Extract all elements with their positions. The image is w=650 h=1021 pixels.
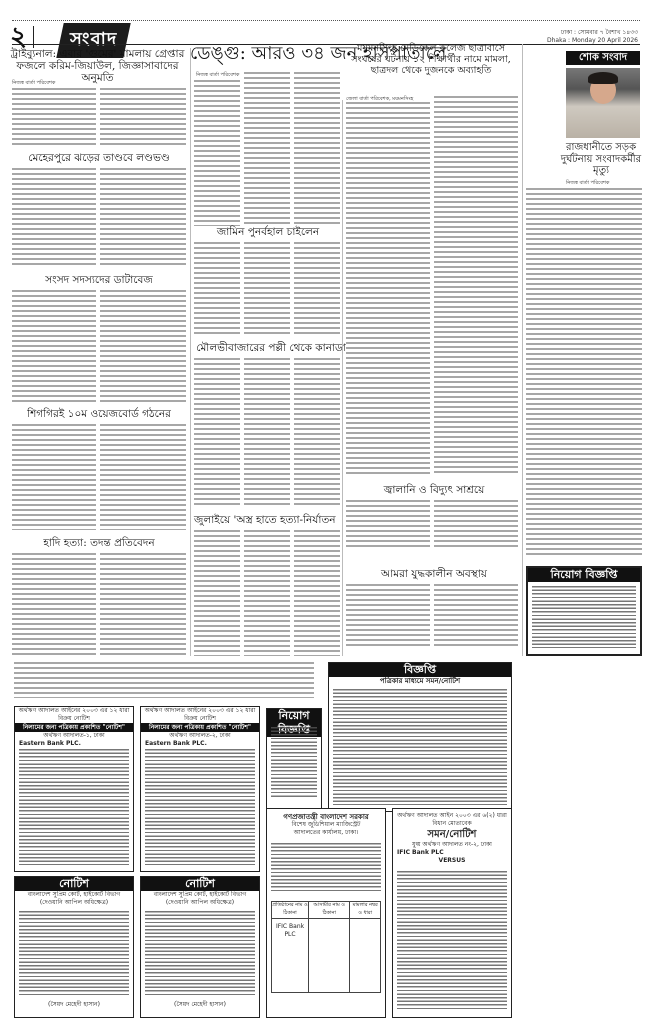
headline-shibganj: শিগগিরই ১০ম ওয়েজবোর্ড গঠনের xyxy=(10,408,188,420)
article-text xyxy=(244,242,290,334)
article-text xyxy=(294,242,340,334)
article-text xyxy=(244,530,290,656)
ad-bank: Eastern Bank PLC. xyxy=(15,740,133,748)
article-text xyxy=(526,188,642,558)
ad-line: (দেওয়ানি আপিল অধিক্ষেত্র) xyxy=(15,899,133,907)
headline-hadi: হাদি হত্যা: তদন্ত প্রতিবেদন xyxy=(10,537,188,549)
portrait-hair xyxy=(588,72,618,84)
article-text xyxy=(12,88,96,146)
byline-obituary: নিজস্ব বার্তা পরিবেশক xyxy=(566,180,609,188)
ad-title: নোটিশ xyxy=(15,877,133,891)
accused-table: প্রতিষ্ঠানের নাম ও ঠিকানা IFIC Bank PLC … xyxy=(271,901,381,993)
article-text xyxy=(100,168,186,268)
ad-section: VERSUS xyxy=(393,857,511,865)
headline-bail: জামিন পুনর্বহাল চাইলেন xyxy=(196,226,340,238)
article-text xyxy=(294,358,340,508)
obituary-photo xyxy=(566,68,640,138)
article-text xyxy=(12,424,96,530)
article-text xyxy=(12,553,96,655)
ad-bank: Eastern Bank PLC. xyxy=(141,740,259,748)
article-text xyxy=(434,584,518,646)
article-text xyxy=(194,242,240,334)
article-text xyxy=(294,530,340,656)
headline-sangsad: সংসদ সদস্যদের ডাটাবেজ xyxy=(10,274,188,286)
article-text xyxy=(244,358,290,508)
article-text xyxy=(100,553,186,655)
ad-text xyxy=(145,911,255,995)
ad-text xyxy=(271,843,381,893)
headline-obituary: রাজধানীতে সড়ক দুর্ঘটনায় সংবাদকর্মীর মৃ… xyxy=(560,142,642,177)
column-divider xyxy=(522,44,523,656)
ad-recruitment-side: নিয়োগ বিজ্ঞপ্তি xyxy=(526,566,642,656)
ad-text xyxy=(333,689,507,805)
page-number: ২ xyxy=(10,24,27,50)
ad-court-notice-1: নোটিশ বাংলাদেশ সুপ্রিম কোর্ট, হাইকোর্ট ব… xyxy=(14,876,134,1018)
article-text xyxy=(100,424,186,530)
ad-line: আদালতের কার্যালয়, ঢাকা। xyxy=(267,829,385,837)
obituary-label: শোক সংবাদ xyxy=(566,51,640,65)
ad-bank: IFIC Bank PLC xyxy=(393,849,511,857)
ad-line: গণপ্রজাতন্ত্রী বাংলাদেশ সরকার xyxy=(267,813,385,821)
byline-tribunal: নিজস্ব বার্তা পরিবেশক xyxy=(12,80,55,88)
ad-title: সমন/নোটিশ xyxy=(393,828,511,841)
article-text xyxy=(100,88,186,146)
column-divider xyxy=(342,100,343,656)
ad-top-line: অর্থঋণ আদালত আইন ২০০৩ এর ৬(২) ধারা বিধান… xyxy=(393,812,511,828)
ad-top-line: অর্থঋণ আদালত আইনের ২০০৩ এর ১২ ধারা বিক্র… xyxy=(15,707,133,723)
ad-line: (দেওয়ানি আপিল অধিক্ষেত্র) xyxy=(141,899,259,907)
ad-gov-notice: গণপ্রজাতন্ত্রী বাংলাদেশ সরকার বিশেষ জুডি… xyxy=(266,808,386,1018)
article-text xyxy=(12,290,96,402)
masthead-rule xyxy=(12,20,640,21)
ad-title: নোটিশ xyxy=(141,877,259,891)
article-text xyxy=(434,500,518,548)
ad-summons: অর্থঋণ আদালত আইন ২০০৩ এর ৬(২) ধারা বিধান… xyxy=(392,808,512,1018)
ad-title: নিলামের জন্য পত্রিকায় প্রকাশিত "নোটিশ" xyxy=(15,723,133,732)
article-text xyxy=(346,102,430,476)
article-text xyxy=(294,72,340,226)
table-header: মামলার নম্বর ও ধারা xyxy=(350,902,380,919)
headline-war: আমরা যুদ্ধকালীন অবস্থায় xyxy=(346,568,522,580)
ad-subtitle: পত্রিকার মাধ্যমে সমন/নোটিশ xyxy=(329,677,511,685)
article-text xyxy=(434,96,518,476)
table-cell: IFIC Bank PLC xyxy=(272,923,308,939)
headline-moulvibazar: মৌলভীবাজারের পল্লী থেকে কানাডা xyxy=(196,342,346,354)
column-divider xyxy=(190,48,191,656)
date-bangla: ঢাকা : সোমবার ৭ বৈশাখ ১৪৩৩ xyxy=(488,29,638,37)
ad-text xyxy=(19,911,129,995)
ad-auction-2: অর্থঋণ আদালত আইনের ২০০৩ এর ১২ ধারা বিক্র… xyxy=(140,706,260,872)
headline-tribunal: ট্রাইব্যুনাল: এবার 'গুমের' মামলায় গ্রেপ… xyxy=(10,48,185,84)
article-text xyxy=(244,72,290,226)
ad-title: নিয়োগ বিজ্ঞপ্তি xyxy=(528,568,640,582)
ad-subtitle: যুগ্ম অর্থঋণ আদালত নং-২, ঢাকা xyxy=(393,841,511,849)
article-text xyxy=(346,584,430,646)
headline-dengue: ডেঙ্গু: আরও ৩৪ জন হাসপাতালে xyxy=(190,44,338,65)
ad-text xyxy=(145,749,255,865)
ad-line: বিশেষ জুডিশিয়াল ম্যাজিস্ট্রেট xyxy=(267,821,385,829)
article-text xyxy=(12,168,96,268)
ad-subtitle: অর্থঋণ আদালত-১, ঢাকা xyxy=(15,732,133,740)
ad-text xyxy=(271,727,317,797)
ad-line: বাংলাদেশ সুপ্রিম কোর্ট, হাইকোর্ট বিভাগ xyxy=(141,891,259,899)
ad-subtitle: অর্থঋণ আদালত-২, ঢাকা xyxy=(141,732,259,740)
article-text xyxy=(14,662,314,698)
ad-line: বাংলাদেশ সুপ্রিম কোর্ট, হাইকোর্ট বিভাগ xyxy=(15,891,133,899)
headline-energy: জ্বালানি ও বিদ্যুৎ সাশ্রয়ে xyxy=(346,484,522,496)
ad-text xyxy=(397,871,507,1009)
ad-title: নিলামের জন্য পত্রিকায় প্রকাশিত "নোটিশ" xyxy=(141,723,259,732)
byline-dengue: নিজস্ব বার্তা পরিবেশক xyxy=(196,72,239,80)
article-text xyxy=(194,80,240,226)
ad-top-line: অর্থঋণ আদালত আইনের ২০০৩ এর ১২ ধারা বিক্র… xyxy=(141,707,259,723)
ad-signer: (সৈয়দ মেহেদী হাসান) xyxy=(15,1001,133,1009)
ad-court-notice-2: নোটিশ বাংলাদেশ সুপ্রিম কোর্ট, হাইকোর্ট ব… xyxy=(140,876,260,1018)
article-text xyxy=(194,358,240,508)
table-header: প্রতিষ্ঠানের নাম ও ঠিকানা xyxy=(272,902,308,919)
article-text xyxy=(100,290,186,402)
table-header: আসামীর নাম ও ঠিকানা xyxy=(309,902,349,919)
ad-recruitment-mid: নিয়োগ বিজ্ঞপ্তি xyxy=(266,708,322,812)
article-text xyxy=(346,500,430,548)
headline-mymensingh: ময়মনসিংহ মেডিকেল কলেজ ছাত্রাবাসে সংঘর্ষ… xyxy=(342,44,520,77)
ad-title: বিজ্ঞপ্তি xyxy=(329,663,511,677)
date-block: ঢাকা : সোমবার ৭ বৈশাখ ১৪৩৩ Dhaka : Monda… xyxy=(488,29,638,45)
headline-meherpur: মেহেরপুরে ঝড়ের তাণ্ডবে লণ্ডভণ্ড xyxy=(10,152,188,164)
ad-notice-right: বিজ্ঞপ্তি পত্রিকার মাধ্যমে সমন/নোটিশ xyxy=(328,662,512,812)
ad-text xyxy=(19,749,129,865)
article-text xyxy=(194,530,240,656)
ad-auction-1: অর্থঋণ আদালত আইনের ২০০৩ এর ১২ ধারা বিক্র… xyxy=(14,706,134,872)
ad-signer: (সৈয়দ মেহেদী হাসান) xyxy=(141,1001,259,1009)
ad-text xyxy=(532,586,636,648)
